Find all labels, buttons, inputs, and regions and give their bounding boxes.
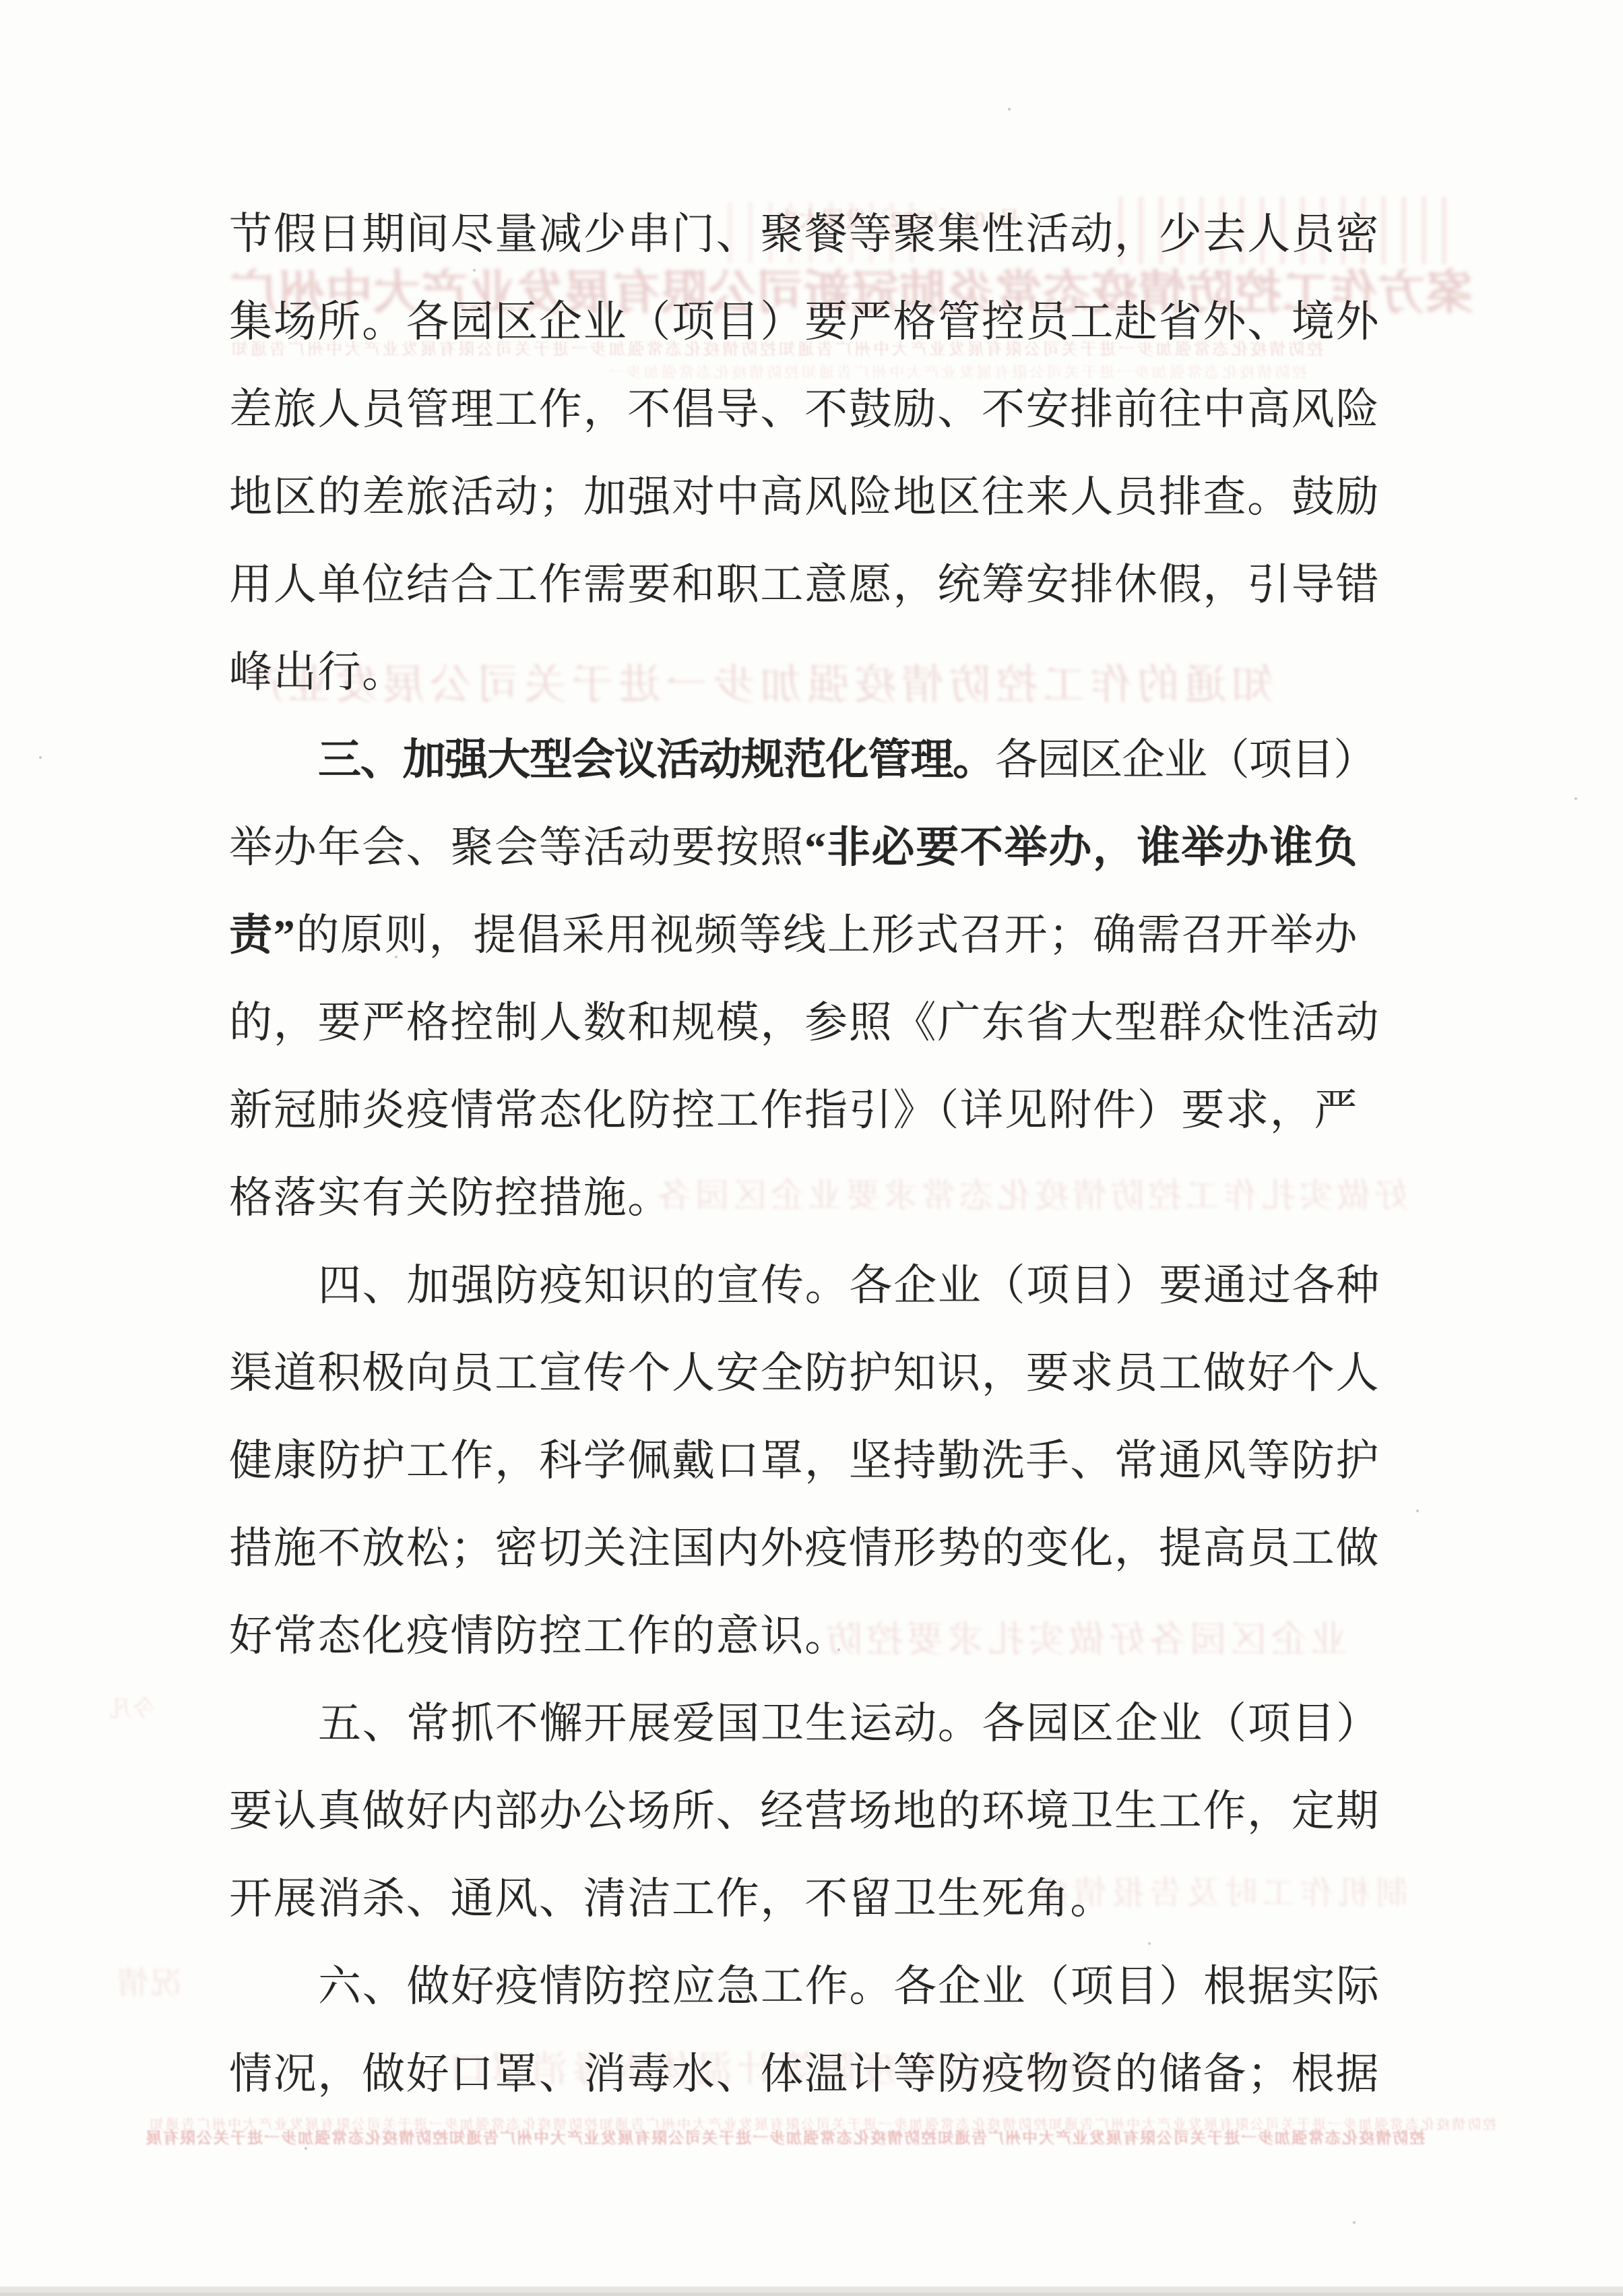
text-line: 新冠肺炎疫情常态化防控工作指引》（详见附件）要求，严: [229, 1067, 1358, 1154]
text-segment: 格落实有关防控措施。: [229, 1174, 672, 1222]
scan-speck: [1353, 2221, 1356, 2224]
text-segment-bold: 责”: [229, 911, 296, 959]
text-line: 六、做好疫情防控应急工作。各企业（项目）根据实际: [318, 1943, 1380, 2030]
text-segment: 六、做好疫情防控应急工作。各企业（项目）根据实际: [318, 1962, 1380, 2010]
scan-speck: [1574, 797, 1577, 800]
text-segment: 各园区企业（项目）: [995, 736, 1376, 784]
scan-speck: [1416, 1510, 1419, 1512]
scan-speck: [39, 756, 42, 759]
text-segment: 节假日期间尽量减少串门、聚餐等聚集性活动，少去人员密: [229, 210, 1380, 258]
text-segment: 开展消杀、通风、清洁工作，不留卫生死角。: [229, 1875, 1114, 1923]
scan-speck: [570, 1350, 573, 1353]
text-line: 情况，做好口罩、消毒水、体温计等防疫物资的储备；根据: [229, 2030, 1380, 2118]
text-line: 措施不放松；密切关注国内外疫情形势的变化，提高员工做: [229, 1505, 1380, 1592]
text-segment: 集场所。各园区企业（项目）要严格管控员工赴省外、境外: [229, 298, 1380, 346]
text-segment: 渠道积极向员工宣传个人安全防护知识，要求员工做好个人: [229, 1349, 1380, 1397]
text-segment-bold: 三、加强大型会议活动规范化管理。: [318, 736, 995, 784]
scan-speck: [837, 1648, 840, 1651]
text-line: 责”的原则，提倡采用视频等线上形式召开；确需召开举办: [229, 892, 1358, 979]
text-line: 差旅人员管理工作，不倡导、不鼓励、不安排前往中高风险: [229, 366, 1380, 454]
page-bottom-edge-line: [0, 2293, 1623, 2296]
text-line: 要认真做好内部办公场所、经营场地的环境卫生工作，定期: [229, 1768, 1380, 1855]
text-segment: 举办年会、聚会等活动要按照: [229, 824, 804, 871]
scan-speck: [1008, 108, 1011, 111]
text-segment: 五、常抓不懈开展爱国卫生运动。各园区企业（项目）: [318, 1700, 1380, 1747]
text-layer: 节假日期间尽量减少串门、聚餐等聚集性活动，少去人员密集场所。各园区企业（项目）要…: [0, 0, 1623, 2296]
text-segment: 的，要严格控制人数和规模，参照《广东省大型群众性活动: [229, 999, 1380, 1047]
text-segment: 用人单位结合工作需要和职工意愿，统筹安排休假，引导错: [229, 561, 1380, 609]
text-segment: 峰出行。: [229, 648, 406, 696]
text-line: 集场所。各园区企业（项目）要严格管控员工赴省外、境外: [229, 278, 1380, 366]
scan-speck: [395, 956, 397, 958]
text-line: 峰出行。: [229, 629, 406, 716]
text-segment: 情况，做好口罩、消毒水、体温计等防疫物资的储备；根据: [229, 2050, 1380, 2098]
text-line: 三、加强大型会议活动规范化管理。各园区企业（项目）: [318, 716, 1376, 804]
text-line: 格落实有关防控措施。: [229, 1154, 672, 1242]
text-line: 渠道积极向员工宣传个人安全防护知识，要求员工做好个人: [229, 1330, 1380, 1417]
text-line: 地区的差旅活动；加强对中高风险地区往来人员排查。鼓励: [229, 454, 1380, 541]
text-line: 五、常抓不懈开展爱国卫生运动。各园区企业（项目）: [318, 1680, 1380, 1768]
text-line: 举办年会、聚会等活动要按照“非必要不举办，谁举办谁负: [229, 804, 1358, 892]
text-segment: 健康防护工作，科学佩戴口罩，坚持勤洗手、常通风等防护: [229, 1437, 1380, 1485]
text-segment: 新冠肺炎疫情常态化防控工作指引》（详见附件）要求，严: [229, 1086, 1358, 1134]
text-segment: 四、加强防疫知识的宣传。各企业（项目）要通过各种: [318, 1262, 1380, 1309]
text-line: 开展消杀、通风、清洁工作，不留卫生死角。: [229, 1855, 1114, 1943]
text-line: 好常态化疫情防控工作的意识。: [229, 1592, 849, 1680]
text-segment-bold: “非必要不举办，谁举办谁负: [804, 824, 1358, 871]
text-segment: 地区的差旅活动；加强对中高风险地区往来人员排查。鼓励: [229, 473, 1380, 521]
scan-speck: [1148, 1942, 1151, 1945]
text-segment: 差旅人员管理工作，不倡导、不鼓励、不安排前往中高风险: [229, 385, 1380, 433]
text-line: 健康防护工作，科学佩戴口罩，坚持勤洗手、常通风等防护: [229, 1417, 1380, 1505]
text-line: 节假日期间尽量减少串门、聚餐等聚集性活动，少去人员密: [229, 191, 1380, 278]
text-segment: 措施不放松；密切关注国内外疫情形势的变化，提高员工做: [229, 1524, 1380, 1572]
scanned-document-page: 案方作工控防情疫态常炎肺冠新司公限有展发业产大中州广号101〔0202〕发园大中…: [0, 0, 1623, 2296]
text-segment: 要认真做好内部办公场所、经营场地的环境卫生工作，定期: [229, 1787, 1380, 1835]
text-line: 四、加强防疫知识的宣传。各企业（项目）要通过各种: [318, 1242, 1380, 1330]
text-segment: 好常态化疫情防控工作的意识。: [229, 1612, 849, 1660]
text-line: 用人单位结合工作需要和职工意愿，统筹安排休假，引导错: [229, 541, 1380, 629]
scan-speck: [305, 2147, 307, 2150]
text-segment: 的原则，提倡采用视频等线上形式召开；确需召开举办: [296, 911, 1358, 959]
scan-speck: [473, 269, 476, 272]
text-line: 的，要严格控制人数和规模，参照《广东省大型群众性活动: [229, 979, 1380, 1067]
